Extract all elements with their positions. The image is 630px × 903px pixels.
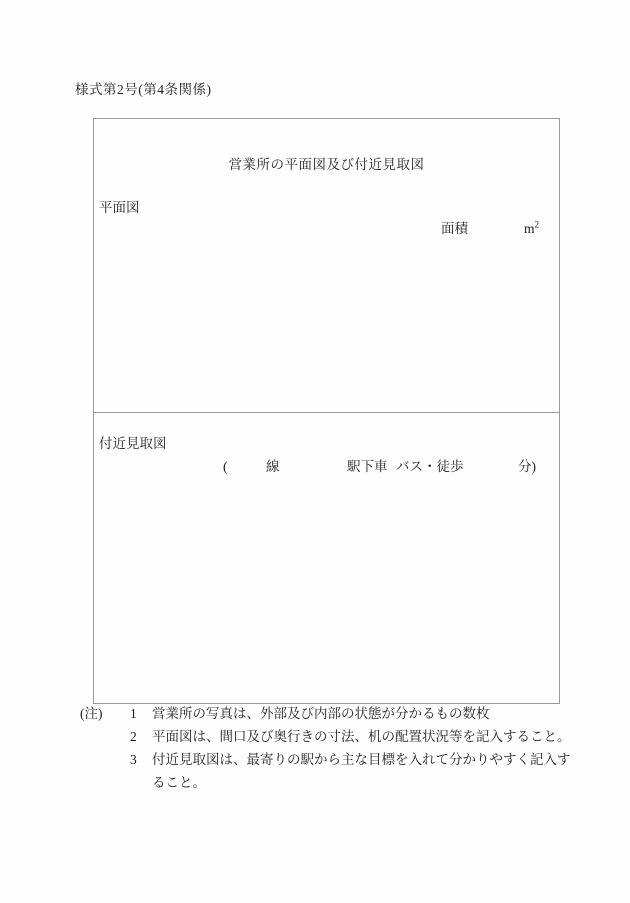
bus-walk-label: バス・徒歩 xyxy=(396,460,464,474)
notes-block: (注) 1 営業所の写真は、外部及び内部の状態が分かるもの数枚 2 平面図は、間… xyxy=(80,707,560,799)
station-alight-label: 駅下車 xyxy=(347,460,388,474)
form-title: 営業所の平面図及び付近見取図 xyxy=(94,158,559,172)
note-text: ること。 xyxy=(152,776,560,790)
rail-line-label: 線 xyxy=(266,460,280,474)
note-number: 1 xyxy=(130,707,152,721)
area-unit: m2 xyxy=(524,222,539,236)
note-number: 2 xyxy=(130,730,152,744)
note-text: 平面図は、間口及び奥行きの寸法、机の配置状況等を記入すること。 xyxy=(152,730,571,744)
note-text: 営業所の写真は、外部及び内部の状態が分かるもの数枚 xyxy=(152,707,560,721)
sketch-map-drawing-area xyxy=(94,413,559,703)
note-marker: (注) xyxy=(80,707,130,721)
note-number: 3 xyxy=(130,753,152,767)
note-row: 2 平面図は、間口及び奥行きの寸法、机の配置状況等を記入すること。 xyxy=(80,730,560,753)
note-row: ること。 xyxy=(80,776,560,799)
form-outline-box: 営業所の平面図及び付近見取図 平面図 面積 m2 付近見取図 ( 線 駅下車 バ… xyxy=(93,118,560,704)
note-row: (注) 1 営業所の写真は、外部及び内部の状態が分かるもの数枚 xyxy=(80,707,560,730)
form-number-heading: 様式第2号(第4条関係) xyxy=(75,83,212,97)
area-unit-exponent: 2 xyxy=(535,220,540,230)
paren-open: ( xyxy=(223,460,228,474)
area-unit-base: m xyxy=(524,221,535,236)
area-label: 面積 xyxy=(441,222,468,236)
note-row: 3 付近見取図は、最寄りの駅から主な目標を入れて分かりやすく記入す xyxy=(80,753,560,776)
floor-plan-label: 平面図 xyxy=(99,201,140,215)
note-text: 付近見取図は、最寄りの駅から主な目標を入れて分かりやすく記入す xyxy=(152,753,571,767)
sketch-map-label: 付近見取図 xyxy=(99,437,167,451)
minutes-label: 分) xyxy=(518,460,536,474)
document-page: 様式第2号(第4条関係) 営業所の平面図及び付近見取図 平面図 面積 m2 付近… xyxy=(0,0,630,903)
